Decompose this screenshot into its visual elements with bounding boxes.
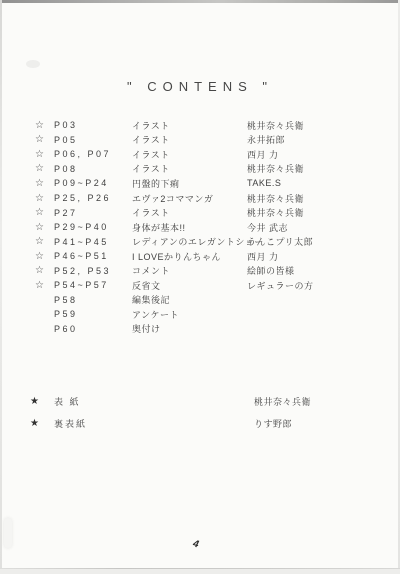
entry-title: 奥付け	[132, 322, 247, 335]
page-range: P60	[54, 324, 132, 334]
page-number-mark: 4	[192, 538, 200, 550]
entry-title: 身体が基本!!	[132, 221, 247, 234]
page-range: P29~P40	[54, 222, 132, 232]
open-star-icon: ☆	[30, 222, 54, 233]
scanned-contents-page: " CONTENS " ☆ P03 イラスト 桃井奈々兵衛 ☆ P05 イラスト…	[0, 0, 400, 574]
entry-author: 桃井奈々兵衛	[247, 162, 392, 175]
contents-list: ☆ P03 イラスト 桃井奈々兵衛 ☆ P05 イラスト 永井拓郎 ☆ P06,…	[30, 118, 392, 336]
contents-row: ☆ P03 イラスト 桃井奈々兵衛	[30, 118, 392, 133]
contents-row: ☆ P06, P07 イラスト 西月 力	[30, 147, 392, 162]
cover-author: 桃井奈々兵衛	[254, 395, 392, 408]
open-star-icon: ☆	[30, 178, 54, 189]
covers-list: ★ 表 紙 桃井奈々兵衛 ★ 裏表紙 りす野郎	[24, 390, 392, 435]
open-star-icon: ☆	[30, 265, 54, 276]
contents-row: ☆ P27 イラスト 桃井奈々兵衛	[30, 205, 392, 220]
entry-author: レギュラーの方	[247, 279, 392, 292]
cover-row: ★ 表 紙 桃井奈々兵衛	[24, 390, 392, 413]
contents-row: ☆ P09~P24 円盤的下痢 TAKE.S	[30, 176, 392, 191]
entry-author: 永井拓郎	[247, 133, 392, 146]
entry-author: 桃井奈々兵衛	[247, 206, 392, 219]
filled-star-icon: ★	[24, 396, 54, 407]
cover-label: 裏表紙	[54, 417, 254, 430]
page-title: " CONTENS "	[0, 79, 400, 94]
page-range: P59	[54, 309, 132, 319]
page-range: P52, P53	[54, 266, 132, 276]
entry-author: 桃井奈々兵衛	[247, 192, 392, 205]
entry-title: イラスト	[132, 206, 247, 219]
open-star-icon: ☆	[30, 163, 54, 174]
open-star-icon: ☆	[30, 149, 54, 160]
open-star-icon: ☆	[30, 134, 54, 145]
entry-author: 今井 武志	[247, 221, 392, 234]
entry-title: エヴァ2コママンガ	[132, 192, 247, 205]
open-star-icon: ☆	[30, 280, 54, 291]
entry-title: イラスト	[132, 162, 247, 175]
entry-author: TAKE.S	[247, 178, 392, 188]
entry-title: イラスト	[132, 148, 247, 161]
entry-title: 反省文	[132, 279, 247, 292]
scan-edge-top	[0, 0, 400, 3]
entry-author: 桃井奈々兵衛	[247, 119, 392, 132]
contents-row: P58 編集後記	[30, 293, 392, 308]
entry-author: 西月 力	[247, 250, 392, 263]
cover-author: りす野郎	[254, 417, 392, 430]
scan-artifact	[26, 60, 40, 68]
contents-row: ☆ P25, P26 エヴァ2コママンガ 桃井奈々兵衛	[30, 191, 392, 206]
entry-title: 編集後記	[132, 293, 247, 306]
open-star-icon: ☆	[30, 193, 54, 204]
open-star-icon: ☆	[30, 236, 54, 247]
filled-star-icon: ★	[24, 418, 54, 429]
contents-row: ☆ P54~P57 反省文 レギュラーの方	[30, 278, 392, 293]
contents-row: P60 奥付け	[30, 322, 392, 337]
page-range: P05	[54, 135, 132, 145]
contents-row: ☆ P08 イラスト 桃井奈々兵衛	[30, 162, 392, 177]
page-range: P09~P24	[54, 178, 132, 188]
contents-row: ☆ P29~P40 身体が基本!! 今井 武志	[30, 220, 392, 235]
entry-title: イラスト	[132, 133, 247, 146]
page-range: P46~P51	[54, 251, 132, 261]
scan-artifact	[4, 518, 12, 548]
entry-title: アンケート	[132, 308, 247, 321]
scan-edge-bottom	[0, 569, 400, 574]
entry-author: うんこプリ太郎	[247, 235, 392, 248]
open-star-icon: ☆	[30, 120, 54, 131]
entry-title: イラスト	[132, 119, 247, 132]
contents-row: P59 アンケート	[30, 307, 392, 322]
page-range: P03	[54, 120, 132, 130]
page-range: P41~P45	[54, 237, 132, 247]
page-range: P27	[54, 208, 132, 218]
contents-row: ☆ P41~P45 レディアンのエレガントショー うんこプリ太郎	[30, 234, 392, 249]
entry-title: I LOVEかりんちゃん	[132, 250, 247, 263]
cover-label: 表 紙	[54, 395, 254, 408]
open-star-icon: ☆	[30, 207, 54, 218]
entry-author: 絵師の皆様	[247, 264, 392, 277]
cover-row: ★ 裏表紙 りす野郎	[24, 413, 392, 436]
entry-title: レディアンのエレガントショー	[132, 235, 247, 248]
open-star-icon: ☆	[30, 251, 54, 262]
contents-row: ☆ P52, P53 コメント 絵師の皆様	[30, 263, 392, 278]
page-range: P54~P57	[54, 280, 132, 290]
entry-author: 西月 力	[247, 148, 392, 161]
page-range: P08	[54, 164, 132, 174]
page-range: P58	[54, 295, 132, 305]
contents-row: ☆ P46~P51 I LOVEかりんちゃん 西月 力	[30, 249, 392, 264]
entry-title: コメント	[132, 264, 247, 277]
contents-row: ☆ P05 イラスト 永井拓郎	[30, 133, 392, 148]
page-range: P06, P07	[54, 149, 132, 159]
entry-title: 円盤的下痢	[132, 177, 247, 190]
page-range: P25, P26	[54, 193, 132, 203]
